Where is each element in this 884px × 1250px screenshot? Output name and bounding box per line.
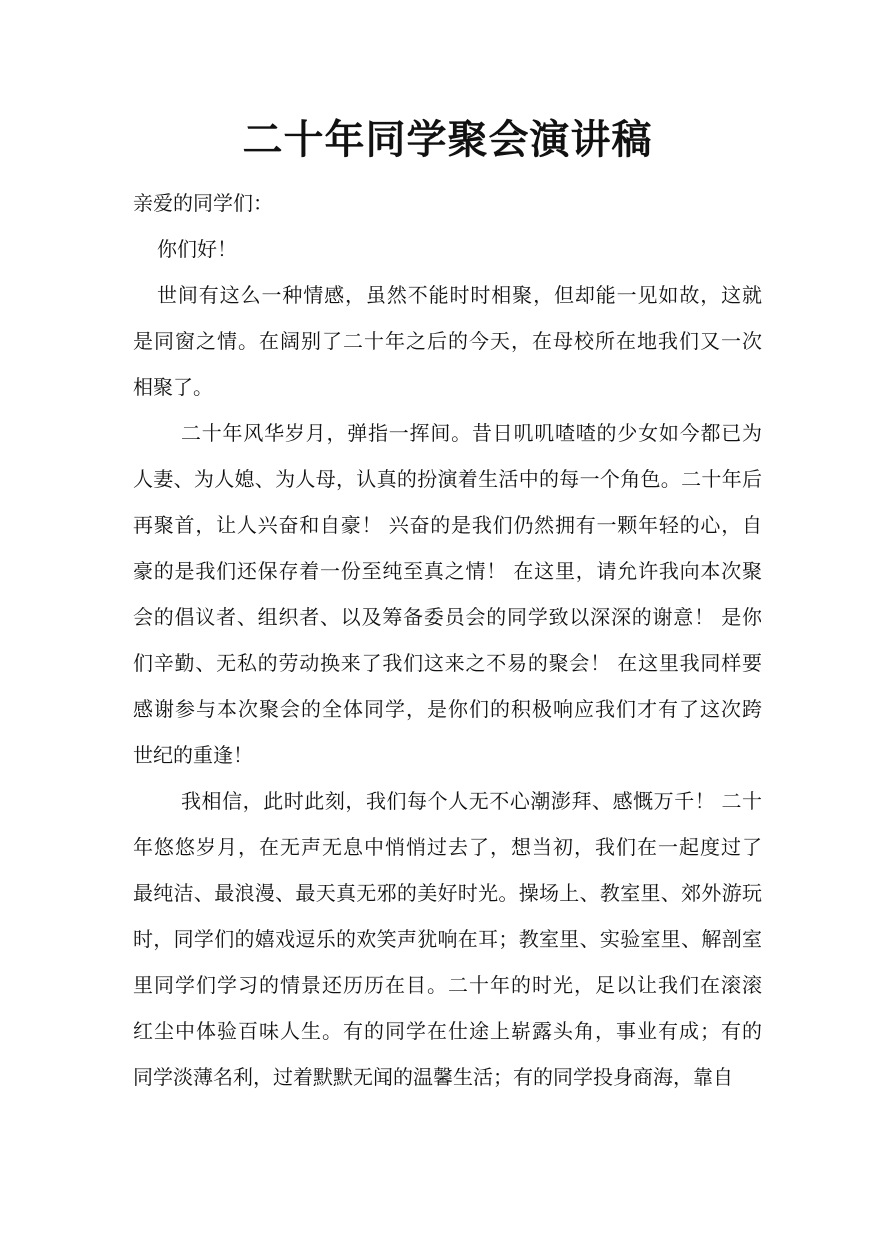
text-line: 我相信，此时此刻，我们每个人无不心潮澎拜、感慨万千！ 二十 [133,779,762,825]
document-body: 亲爱的同学们：你们好！世间有这么一种情感，虽然不能时时相聚，但却能一见如故，这就… [133,181,762,1101]
document-content: 二十年同学聚会演讲稿 亲爱的同学们：你们好！世间有这么一种情感，虽然不能时时相聚… [133,113,762,1101]
paragraph: 二十年风华岁月，弹指一挥间。昔日叽叽喳喳的少女如今都已为人妻、为人媳、为人母，认… [133,411,762,779]
text-line: 年悠悠岁月，在无声无息中悄悄过去了，想当初，我们在一起度过了 [133,825,762,871]
text-line: 里同学们学习的情景还历历在目。二十年的时光，足以让我们在滚滚 [133,963,762,1009]
text-line: 世纪的重逢！ [133,733,762,779]
text-line: 人妻、为人媳、为人母，认真的扮演着生活中的每一个角色。二十年后 [133,457,762,503]
text-line: 时，同学们的嬉戏逗乐的欢笑声犹响在耳；教室里、实验室里、解剖室 [133,917,762,963]
paragraph: 你们好！ [133,227,762,273]
text-line: 相聚了。 [133,365,762,411]
text-line: 同学淡薄名利，过着默默无闻的温馨生活；有的同学投身商海，靠自 [133,1055,762,1101]
text-line: 红尘中体验百味人生。有的同学在仕途上崭露头角，事业有成；有的 [133,1009,762,1055]
paragraph: 我相信，此时此刻，我们每个人无不心潮澎拜、感慨万千！ 二十年悠悠岁月，在无声无息… [133,779,762,1101]
document-page: 二十年同学聚会演讲稿 亲爱的同学们：你们好！世间有这么一种情感，虽然不能时时相聚… [0,0,884,1250]
text-line: 世间有这么一种情感，虽然不能时时相聚，但却能一见如故，这就 [133,273,762,319]
paragraph: 世间有这么一种情感，虽然不能时时相聚，但却能一见如故，这就是同窗之情。在阔别了二… [133,273,762,411]
text-line: 会的倡议者、组织者、以及筹备委员会的同学致以深深的谢意！ 是你 [133,595,762,641]
document-title: 二十年同学聚会演讲稿 [133,113,762,167]
text-line: 亲爱的同学们： [133,181,762,227]
text-line: 再聚首，让人兴奋和自豪！ 兴奋的是我们仍然拥有一颗年轻的心，自 [133,503,762,549]
text-line: 们辛勤、无私的劳动换来了我们这来之不易的聚会！ 在这里我同样要 [133,641,762,687]
text-line: 二十年风华岁月，弹指一挥间。昔日叽叽喳喳的少女如今都已为 [133,411,762,457]
text-line: 豪的是我们还保存着一份至纯至真之情！ 在这里，请允许我向本次聚 [133,549,762,595]
paragraph: 亲爱的同学们： [133,181,762,227]
text-line: 是同窗之情。在阔别了二十年之后的今天，在母校所在地我们又一次 [133,319,762,365]
text-line: 你们好！ [133,227,762,273]
text-line: 感谢参与本次聚会的全体同学，是你们的积极响应我们才有了这次跨 [133,687,762,733]
text-line: 最纯洁、最浪漫、最天真无邪的美好时光。操场上、教室里、郊外游玩 [133,871,762,917]
